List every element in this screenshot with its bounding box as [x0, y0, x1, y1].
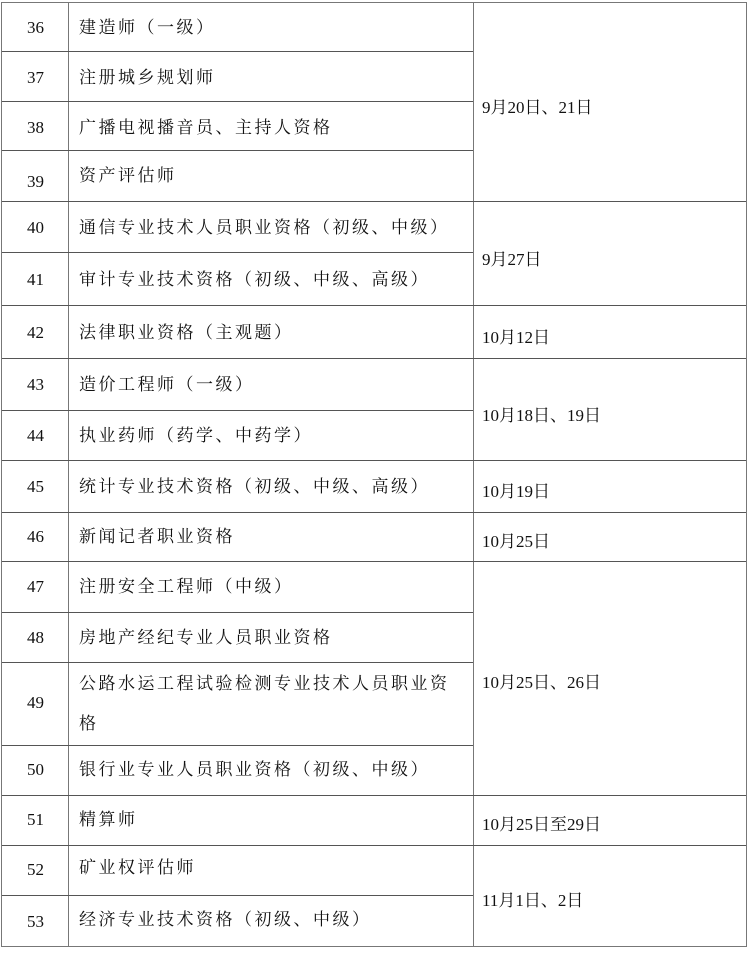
- exam-name: 注册安全工程师（中级）: [79, 567, 471, 607]
- row-number: 38: [2, 118, 69, 138]
- row-number: 47: [2, 577, 69, 597]
- exam-name: 公路水运工程试验检测专业技术人员职业资格: [79, 664, 459, 744]
- exam-date: 9月20日、21日: [482, 93, 742, 118]
- exam-date: 11月1日、2日: [482, 886, 742, 911]
- row-number: 52: [2, 860, 69, 880]
- exam-name: 统计专业技术资格（初级、中级、高级）: [79, 467, 471, 507]
- exam-date: 10月25日、26日: [482, 668, 742, 693]
- exam-schedule-table: 36 37 38 39 40 41 42 43 44 45 46 47 48 4…: [1, 2, 747, 947]
- row-divider: [2, 662, 473, 663]
- row-number: 50: [2, 760, 69, 780]
- row-number: 53: [2, 912, 69, 932]
- exam-name: 注册城乡规划师: [79, 58, 471, 98]
- row-divider: [2, 358, 746, 359]
- row-divider: [2, 150, 473, 151]
- row-divider: [2, 845, 746, 846]
- row-divider: [2, 561, 746, 562]
- exam-name: 房地产经纪专业人员职业资格: [79, 618, 471, 658]
- exam-date: 10月19日: [482, 477, 742, 502]
- row-number: 41: [2, 270, 69, 290]
- exam-name: 造价工程师（一级）: [79, 365, 471, 405]
- row-number: 51: [2, 810, 69, 830]
- exam-name: 资产评估师: [79, 156, 471, 196]
- exam-name: 矿业权评估师: [79, 848, 471, 888]
- exam-name: 广播电视播音员、主持人资格: [79, 108, 471, 148]
- exam-name: 精算师: [79, 800, 471, 840]
- row-number: 36: [2, 18, 69, 38]
- exam-name: 新闻记者职业资格: [79, 517, 471, 557]
- row-divider: [2, 795, 746, 796]
- row-number: 44: [2, 426, 69, 446]
- exam-name: 法律职业资格（主观题）: [79, 313, 471, 353]
- row-divider: [2, 410, 473, 411]
- column-divider: [473, 3, 474, 946]
- exam-name: 银行业专业人员职业资格（初级、中级）: [79, 750, 471, 790]
- exam-name: 建造师（一级）: [79, 8, 471, 48]
- row-number: 48: [2, 628, 69, 648]
- row-divider: [2, 460, 746, 461]
- row-divider: [2, 101, 473, 102]
- row-number: 39: [2, 172, 69, 192]
- row-number: 49: [2, 693, 69, 713]
- row-divider: [2, 51, 473, 52]
- exam-name: 经济专业技术资格（初级、中级）: [79, 900, 471, 940]
- row-number: 46: [2, 527, 69, 547]
- exam-name: 通信专业技术人员职业资格（初级、中级）: [79, 208, 471, 248]
- row-number: 43: [2, 375, 69, 395]
- row-divider: [2, 895, 473, 896]
- row-number: 42: [2, 323, 69, 343]
- exam-date: 10月18日、19日: [482, 401, 742, 426]
- exam-name: 审计专业技术资格（初级、中级、高级）: [79, 260, 471, 300]
- row-number: 37: [2, 68, 69, 88]
- row-divider: [2, 201, 746, 202]
- exam-date: 9月27日: [482, 245, 742, 270]
- row-number: 40: [2, 218, 69, 238]
- column-divider: [68, 3, 69, 946]
- row-divider: [2, 512, 746, 513]
- row-divider: [2, 745, 473, 746]
- row-divider: [2, 305, 746, 306]
- exam-date: 10月25日: [482, 527, 742, 552]
- row-number: 45: [2, 477, 69, 497]
- row-divider: [2, 252, 473, 253]
- exam-date: 10月25日至29日: [482, 810, 742, 835]
- row-divider: [2, 612, 473, 613]
- exam-name: 执业药师（药学、中药学）: [79, 416, 471, 456]
- exam-date: 10月12日: [482, 323, 742, 348]
